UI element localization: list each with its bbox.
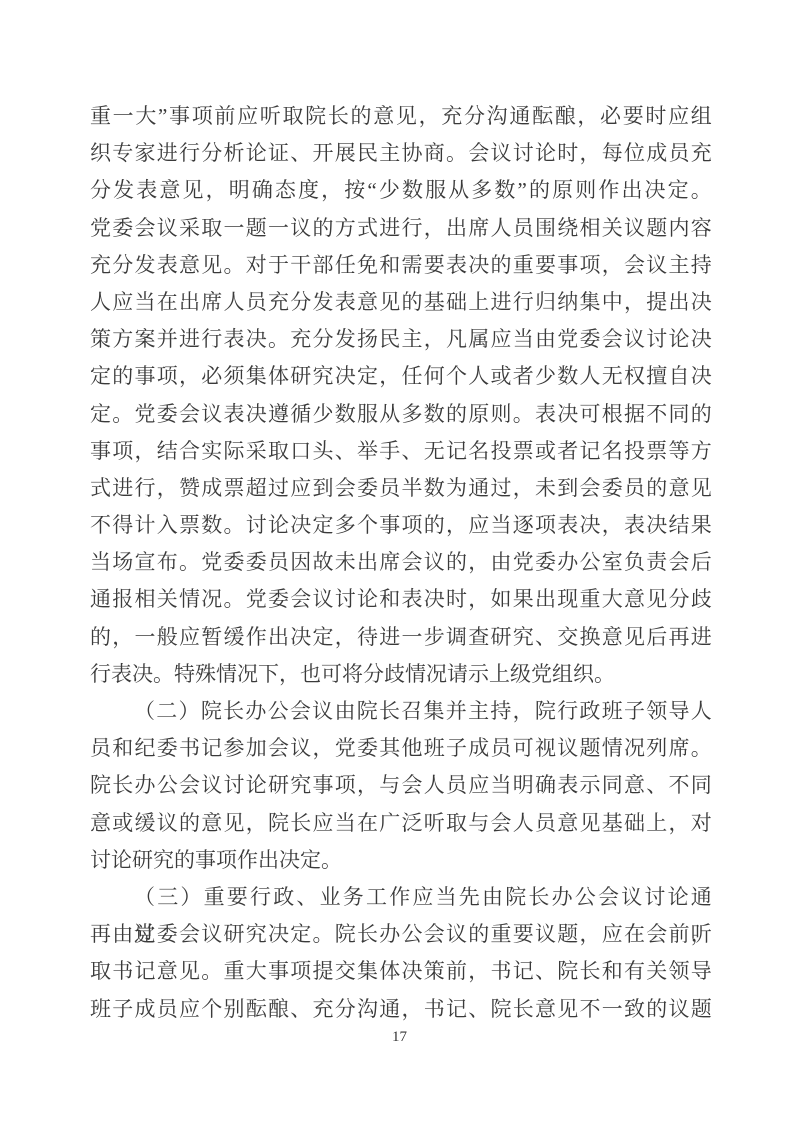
text-line: 员和纪委书记参加会议，党委其他班子成员可视议题情况列席。 bbox=[90, 730, 713, 767]
text-line: 定。党委会议表决遵循少数服从多数的原则。表决可根据不同的 bbox=[90, 396, 713, 433]
text-line: 意或缓议的意见，院长应当在广泛听取与会人员意见基础上，对 bbox=[90, 805, 713, 842]
text-line: 不得计入票数。讨论决定多个事项的，应当逐项表决，表决结果 bbox=[90, 507, 713, 544]
text-line: 充分发表意见。对于干部任免和需要表决的重要事项，会议主持 bbox=[90, 247, 713, 284]
text-line: 式进行，赞成票超过应到会委员半数为通过，未到会委员的意见 bbox=[90, 470, 713, 507]
text-line: 策方案并进行表决。充分发扬民主，凡属应当由党委会议讨论决 bbox=[90, 321, 713, 358]
text-line: 分发表意见，明确态度，按“少数服从多数”的原则作出决定。 bbox=[90, 172, 713, 209]
text-line: 行表决。特殊情况下，也可将分歧情况请示上级党组织。 bbox=[90, 656, 713, 693]
document-body: 重一大”事项前应听取院长的意见，充分沟通酝酿，必要时应组织专家进行分析论证、开展… bbox=[90, 98, 713, 1028]
text-line: 事项，结合实际采取口头、举手、无记名投票或者记名投票等方 bbox=[90, 433, 713, 470]
text-line: （三）重要行政、业务工作应当先由院长办公会议讨论通过， bbox=[90, 879, 713, 916]
text-line: 人应当在出席人员充分发表意见的基础上进行归纳集中，提出决 bbox=[90, 284, 713, 321]
text-line: 党委会议采取一题一议的方式进行，出席人员围绕相关议题内容 bbox=[90, 210, 713, 247]
text-line: 织专家进行分析论证、开展民主协商。会议讨论时，每位成员充 bbox=[90, 135, 713, 172]
text-line: 班子成员应个别酝酿、充分沟通，书记、院长意见不一致的议题 bbox=[90, 991, 713, 1028]
text-line: 重一大”事项前应听取院长的意见，充分沟通酝酿，必要时应组 bbox=[90, 98, 713, 135]
text-line: 再由党委会议研究决定。院长办公会议的重要议题，应在会前听 bbox=[90, 916, 713, 953]
text-line: 当场宣布。党委委员因故未出席会议的，由党委办公室负责会后 bbox=[90, 544, 713, 581]
text-line: 讨论研究的事项作出决定。 bbox=[90, 842, 713, 879]
page-number: 17 bbox=[0, 1026, 799, 1048]
text-line: 通报相关情况。党委会议讨论和表决时，如果出现重大意见分歧 bbox=[90, 581, 713, 618]
text-line: 的，一般应暂缓作出决定，待进一步调查研究、交换意见后再进 bbox=[90, 619, 713, 656]
text-line: 院长办公会议讨论研究事项，与会人员应当明确表示同意、不同 bbox=[90, 767, 713, 804]
text-line: 取书记意见。重大事项提交集体决策前，书记、院长和有关领导 bbox=[90, 953, 713, 990]
document-page: 重一大”事项前应听取院长的意见，充分沟通酝酿，必要时应组织专家进行分析论证、开展… bbox=[0, 0, 799, 1130]
text-line: 定的事项，必须集体研究决定，任何个人或者少数人无权擅自决 bbox=[90, 358, 713, 395]
text-line: （二）院长办公会议由院长召集并主持，院行政班子领导人 bbox=[90, 693, 713, 730]
